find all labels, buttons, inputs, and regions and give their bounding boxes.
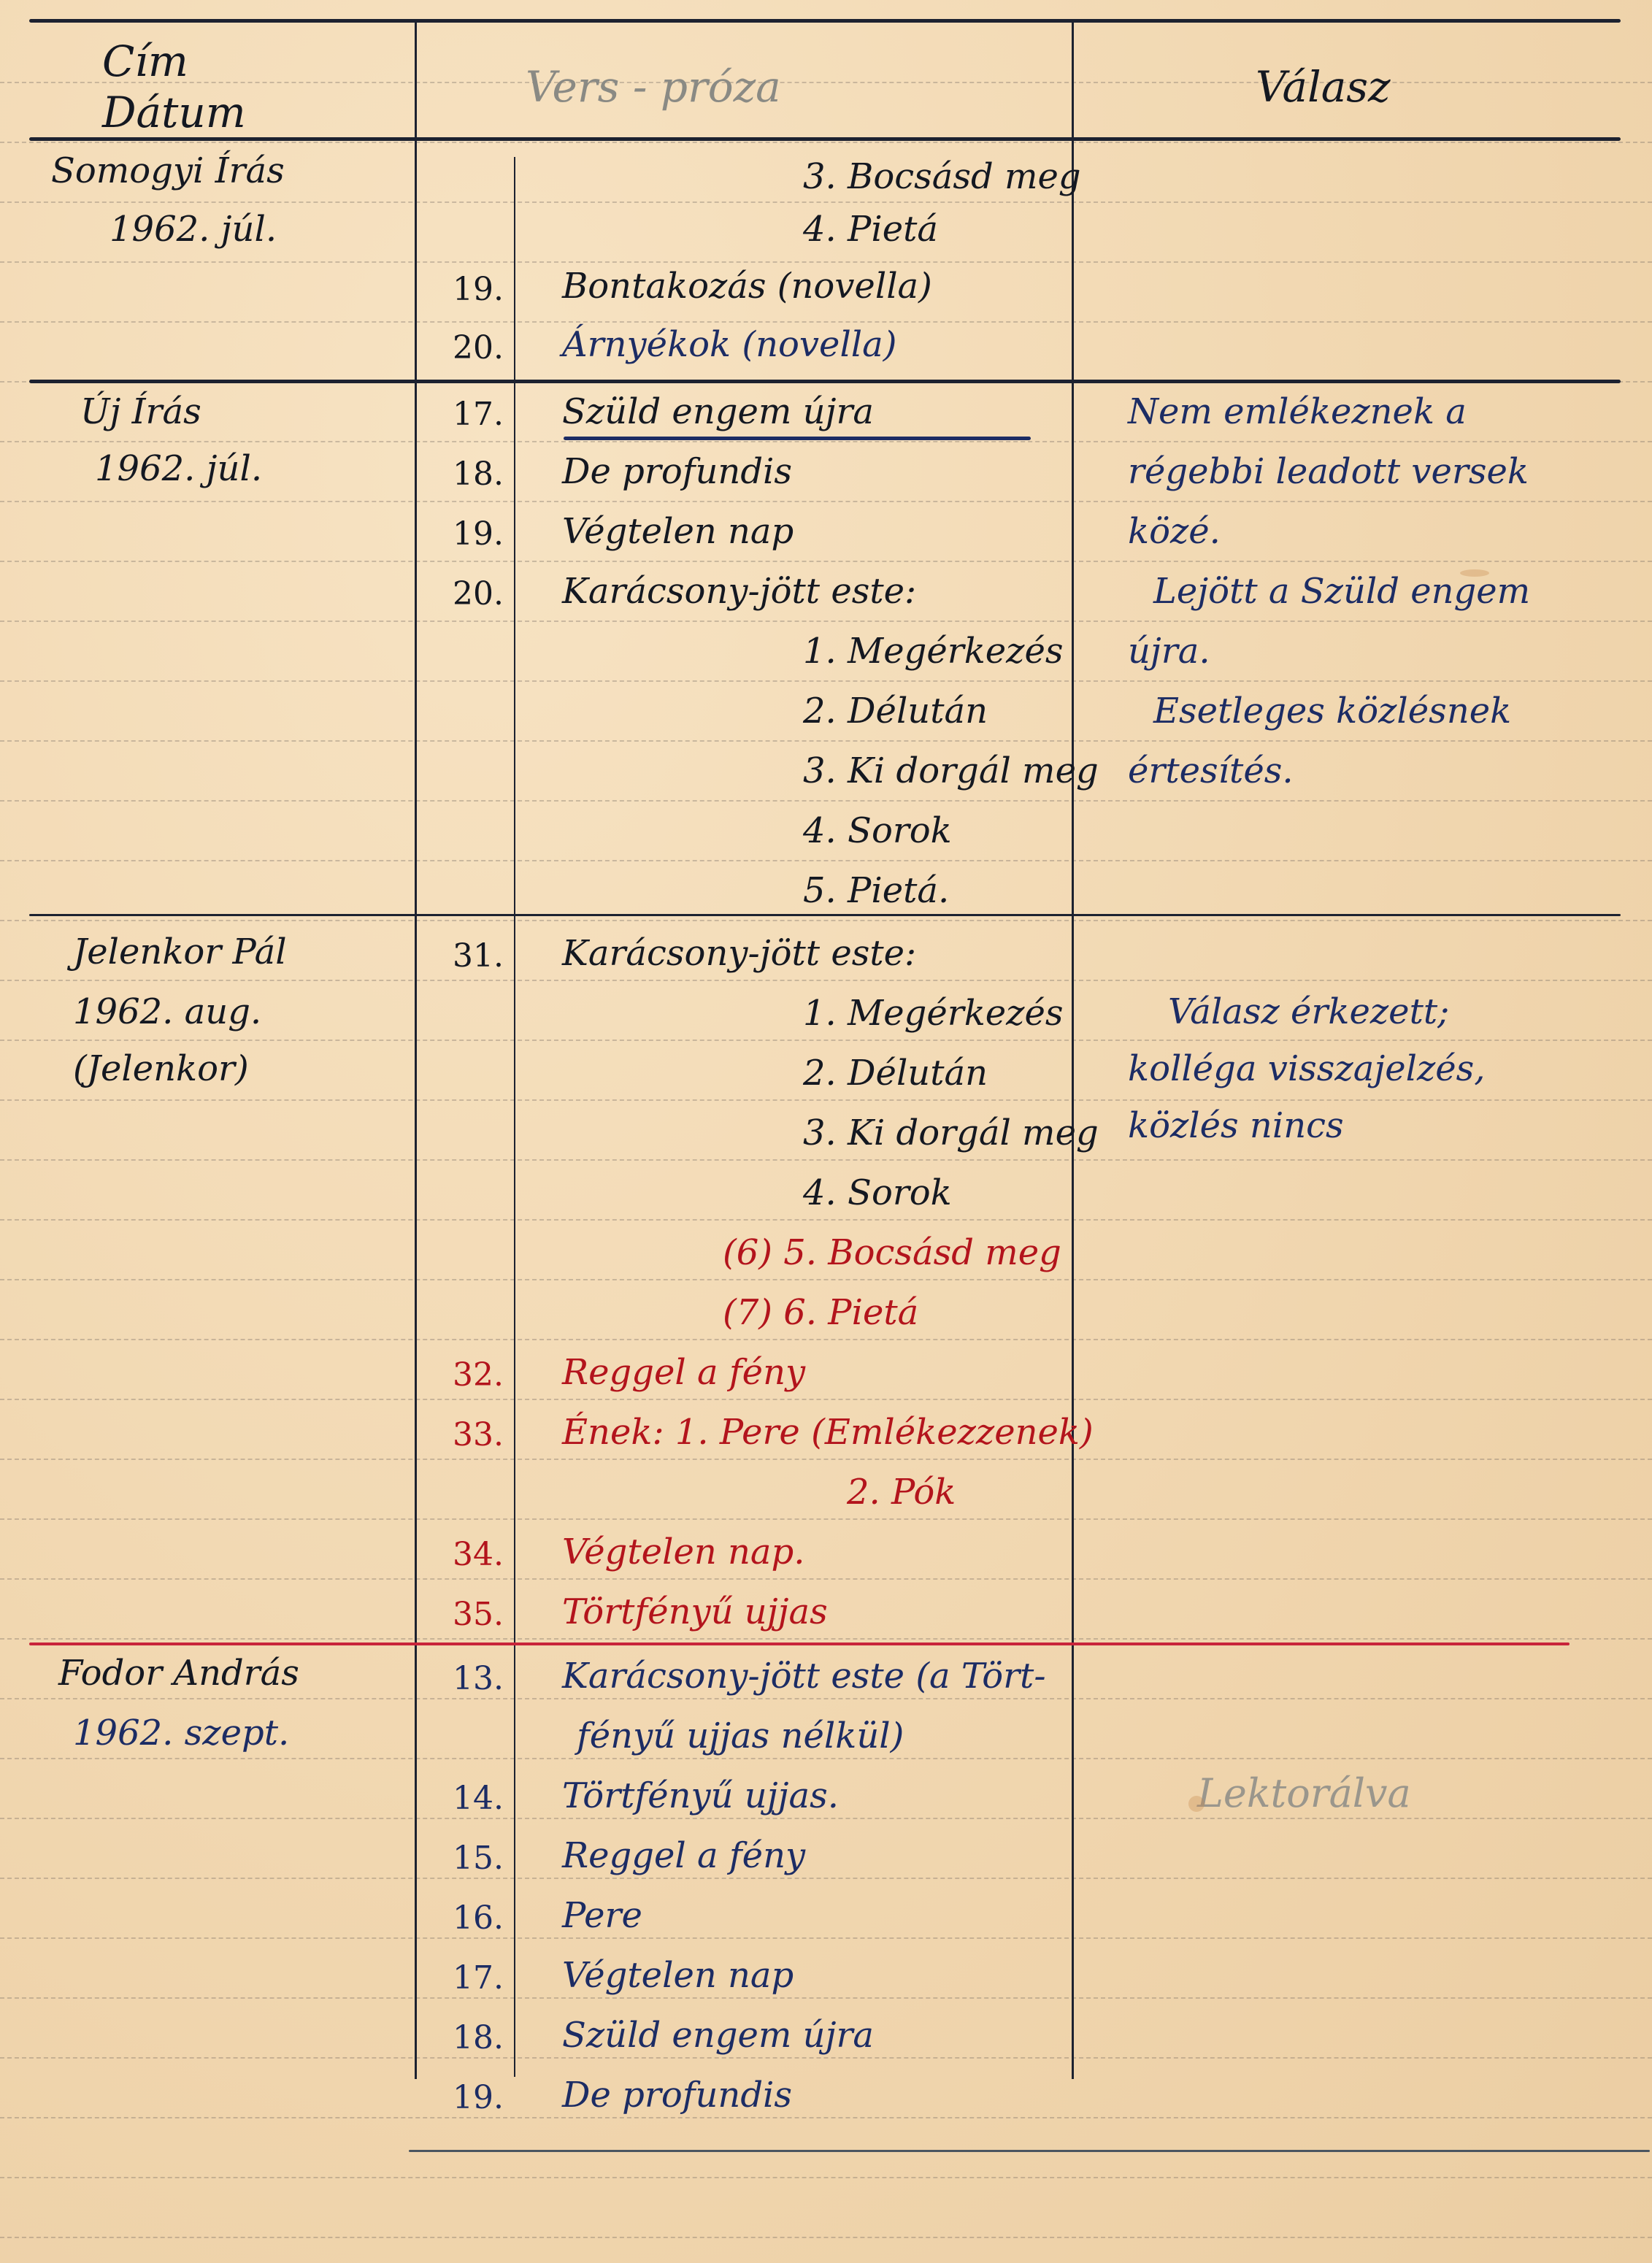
list-item: 2. Délután xyxy=(803,1056,988,1091)
ruled-line xyxy=(0,321,1652,323)
ruled-line xyxy=(0,1040,1652,1041)
reply-line: közé. xyxy=(1128,514,1221,549)
ruled-line xyxy=(0,1818,1652,1819)
ruled-line xyxy=(0,1219,1652,1221)
item-number: 34. xyxy=(453,1539,504,1571)
item-number: 19. xyxy=(453,274,504,306)
header-work-label: Vers - próza xyxy=(526,66,781,108)
list-item: 4. Pietá xyxy=(803,212,938,247)
list-item: Karácsony-jött este: xyxy=(562,574,916,609)
header-top-rule xyxy=(29,19,1621,23)
entry-date: 1962. szept. xyxy=(73,1715,289,1751)
list-item: Reggel a fény xyxy=(562,1355,805,1390)
item-number: 35. xyxy=(453,1599,504,1631)
list-item: (7) 6. Pietá xyxy=(723,1295,918,1330)
entry-date: 1962. júl. xyxy=(110,212,277,247)
ruled-line xyxy=(0,1638,1652,1640)
ruled-line xyxy=(0,501,1652,502)
list-item: (6) 5. Bocsásd meg xyxy=(723,1235,1061,1270)
entry-journal: (Jelenkor) xyxy=(73,1051,249,1086)
item-number: 16. xyxy=(453,1902,504,1934)
item-number: 20. xyxy=(453,578,504,610)
header-bottom-rule xyxy=(29,137,1621,141)
header-date-label: Dátum xyxy=(102,91,246,134)
ruled-line xyxy=(0,1339,1652,1340)
list-item: De profundis xyxy=(562,2078,792,2113)
column-divider-1 xyxy=(415,20,417,2079)
ruled-line xyxy=(0,201,1652,203)
entry-name: Fodor András xyxy=(58,1656,299,1691)
item-number: 31. xyxy=(453,940,504,972)
item-number: 33. xyxy=(453,1419,504,1451)
item-number: 19. xyxy=(453,518,504,550)
ruled-line xyxy=(0,1159,1652,1161)
ruled-line xyxy=(0,2177,1652,2178)
ruled-line xyxy=(0,2057,1652,2059)
item-number: 18. xyxy=(453,2022,504,2054)
list-item: 3. Ki dorgál meg xyxy=(803,753,1099,788)
reply-line: Esetleges közlésnek xyxy=(1153,693,1511,729)
manuscript-page: Cím Dátum Vers - próza Válasz Somogyi Ír… xyxy=(0,0,1652,2263)
list-item: Végtelen nap xyxy=(562,514,794,549)
list-item: Szüld engem újra xyxy=(562,394,874,429)
list-item: De profundis xyxy=(562,454,792,489)
ruled-line xyxy=(0,1758,1652,1759)
reply-line: újra. xyxy=(1128,634,1210,669)
item-number: 17. xyxy=(453,399,504,431)
ruled-line xyxy=(0,980,1652,981)
item-number: 32. xyxy=(453,1359,504,1391)
entry-name: Somogyi Írás xyxy=(51,153,285,188)
item-number: 19. xyxy=(453,2082,504,2114)
reply-note: Lektorálva xyxy=(1197,1774,1411,1813)
ruled-line xyxy=(0,800,1652,802)
list-item: 2. Pók xyxy=(847,1475,956,1510)
reply-line: régebbi leadott versek xyxy=(1128,454,1529,489)
item-number: 18. xyxy=(453,458,504,491)
list-item: Törtfényű ujjas. xyxy=(562,1778,839,1813)
list-item: 4. Sorok xyxy=(803,813,952,848)
paper-stain xyxy=(1188,1796,1205,1812)
ruled-line xyxy=(0,1459,1652,1460)
reply-line: Nem emlékeznek a xyxy=(1128,394,1467,429)
reply-line: Lejött a Szüld engem xyxy=(1153,574,1530,609)
ruled-line xyxy=(0,1878,1652,1879)
header-reply-label: Válasz xyxy=(1256,66,1391,108)
ruled-line xyxy=(0,2237,1652,2238)
list-item: Végtelen nap xyxy=(562,1958,794,1993)
column-divider-2 xyxy=(1072,20,1074,2079)
list-item: Karácsony-jött este: xyxy=(562,936,916,971)
ruled-line xyxy=(0,1518,1652,1520)
list-item: fényű ujjas nélkül) xyxy=(577,1718,904,1753)
paper-stain xyxy=(1460,569,1489,577)
ruled-line xyxy=(0,2117,1652,2118)
title-underline xyxy=(564,437,1031,440)
list-item: Végtelen nap. xyxy=(562,1534,805,1569)
header-title-label: Cím xyxy=(102,40,188,82)
list-item: Reggel a fény xyxy=(562,1838,805,1873)
item-number: 14. xyxy=(453,1783,504,1815)
ruled-line xyxy=(0,1578,1652,1580)
ruled-line xyxy=(0,1698,1652,1699)
list-item: Karácsony-jött este (a Tört- xyxy=(562,1659,1046,1694)
reply-line: Válasz érkezett; xyxy=(1168,994,1449,1029)
list-item: 2. Délután xyxy=(803,693,988,729)
separator-entry-2 xyxy=(29,380,1621,383)
reply-line: értesítés. xyxy=(1128,753,1294,788)
ruled-line xyxy=(0,1399,1652,1400)
list-item: 4. Sorok xyxy=(803,1175,952,1210)
entry-date: 1962. júl. xyxy=(95,451,262,486)
list-item: Bontakozás (novella) xyxy=(562,269,932,304)
entry-date: 1962. aug. xyxy=(73,994,261,1029)
entry-name: Jelenkor Pál xyxy=(73,934,287,969)
separator-entry-3 xyxy=(29,914,1621,916)
ruled-line xyxy=(0,1279,1652,1280)
list-item: Pere xyxy=(562,1898,642,1933)
ruled-line xyxy=(0,441,1652,442)
ruled-line xyxy=(0,860,1652,861)
list-item: Törtfényű ujjas xyxy=(562,1594,828,1629)
ruled-line xyxy=(0,561,1652,562)
ruled-line xyxy=(0,620,1652,622)
reply-line: kolléga visszajelzés, xyxy=(1128,1051,1486,1086)
ruled-line xyxy=(0,920,1652,921)
list-item: Szüld engem újra xyxy=(562,2018,874,2053)
item-number: 17. xyxy=(453,1962,504,1994)
ruled-line xyxy=(0,1099,1652,1101)
reply-line: közlés nincs xyxy=(1128,1108,1344,1143)
ruled-line xyxy=(0,740,1652,742)
entry-name: Új Írás xyxy=(80,394,201,429)
list-item: 3. Bocsásd meg xyxy=(803,159,1081,194)
item-number: 13. xyxy=(453,1663,504,1695)
number-subdivider xyxy=(514,157,515,2077)
ruled-line xyxy=(0,142,1652,143)
separator-entry-4 xyxy=(29,1642,1570,1645)
item-number: 20. xyxy=(453,332,504,364)
ruled-line xyxy=(0,82,1652,83)
list-item: 5. Pietá. xyxy=(803,873,949,908)
ruled-line xyxy=(0,1997,1652,1999)
closing-rule xyxy=(409,2150,1650,2152)
list-item: 3. Ki dorgál meg xyxy=(803,1115,1099,1150)
ruled-line xyxy=(0,1937,1652,1939)
ruled-line xyxy=(0,680,1652,682)
list-item: Ének: 1. Pere (Emlékezzenek) xyxy=(562,1415,1094,1450)
list-item: Árnyékok (novella) xyxy=(562,327,896,362)
ruled-line xyxy=(0,261,1652,263)
list-item: 1. Megérkezés xyxy=(803,634,1064,669)
list-item: 1. Megérkezés xyxy=(803,996,1064,1031)
item-number: 15. xyxy=(453,1843,504,1875)
